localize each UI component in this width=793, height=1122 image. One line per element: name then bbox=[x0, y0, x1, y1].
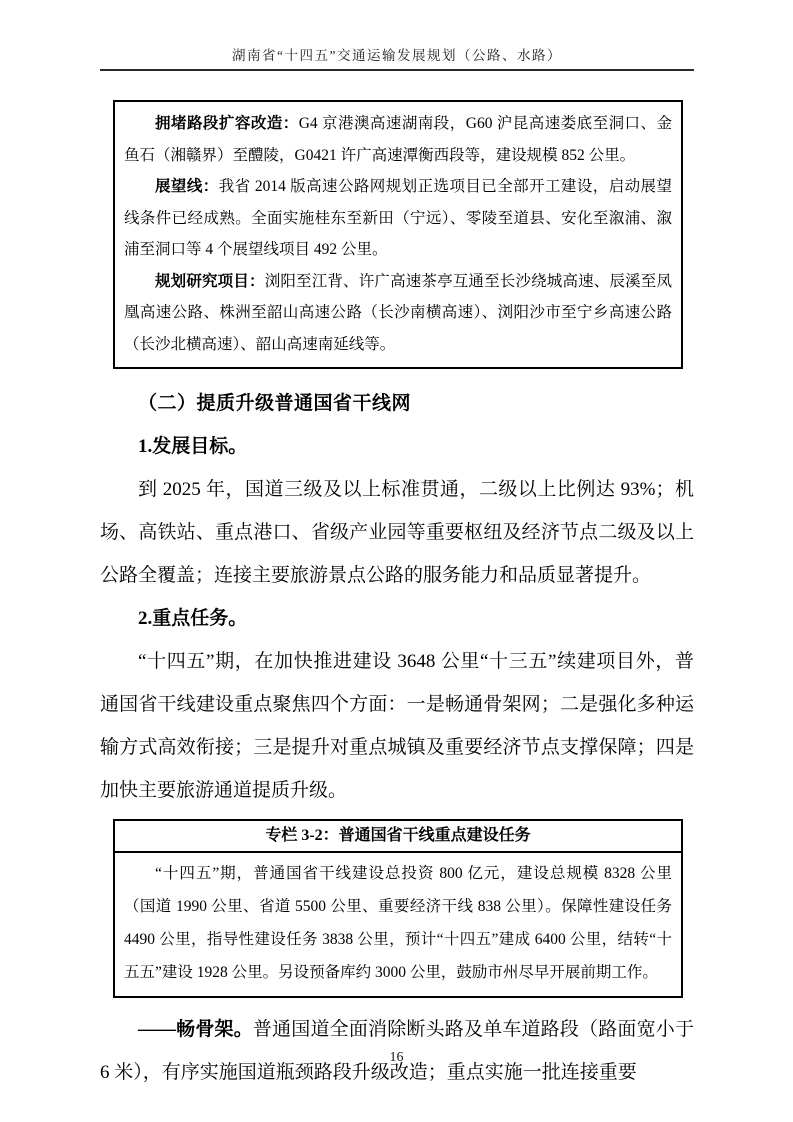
page-number: 16 bbox=[0, 1050, 793, 1066]
box1-paragraph-research-projects-lead: 规划研究项目： bbox=[155, 273, 265, 290]
document-title: 湖南省“十四五”交通运输发展规划（公路、水路） bbox=[232, 48, 562, 63]
subheading-key-tasks: 2.重点任务。 bbox=[100, 597, 694, 640]
paragraph-development-goals: 到 2025 年，国道三级及以上标准贯通，二级以上比例达 93%；机场、高铁站、… bbox=[100, 468, 694, 597]
paragraph-key-tasks: “十四五”期，在加快推进建设 3648 公里“十三五”续建项目外，普通国省干线建… bbox=[100, 640, 694, 812]
callout-box-expansion-projects: 拥堵路段扩容改造：G4 京港澳高速湖南段，G60 沪昆高速娄底至洞口、金鱼石（湘… bbox=[113, 100, 683, 369]
callout-box-body: “十四五”期，普通国省干线建设总投资 800 亿元，建设总规模 8328 公里（… bbox=[124, 857, 672, 989]
box1-paragraph-research-projects: 规划研究项目：浏阳至江背、许广高速茶亭互通至长沙绕城高速、辰溪至凤凰高速公路、株… bbox=[124, 266, 672, 361]
box1-paragraph-outlook-lines-lead: 展望线： bbox=[155, 178, 219, 195]
page-content: 拥堵路段扩容改造：G4 京港澳高速湖南段，G60 沪昆高速娄底至洞口、金鱼石（湘… bbox=[100, 100, 694, 1094]
document-page: 湖南省“十四五”交通运输发展规划（公路、水路） 拥堵路段扩容改造：G4 京港澳高… bbox=[0, 0, 793, 1122]
callout-box-construction-tasks: 专栏 3-2：普通国省干线重点建设任务 “十四五”期，普通国省干线建设总投资 8… bbox=[113, 819, 683, 998]
box1-paragraph-congestion-lead: 拥堵路段扩容改造： bbox=[155, 115, 299, 132]
callout-box-title: 专栏 3-2：普通国省干线重点建设任务 bbox=[115, 821, 681, 853]
callout-box-body-wrap: “十四五”期，普通国省干线建设总投资 800 亿元，建设总规模 8328 公里（… bbox=[115, 853, 681, 996]
paragraph-backbone-network-lead: ——畅骨架。 bbox=[138, 1019, 253, 1040]
box1-paragraph-outlook-lines: 展望线：我省 2014 版高速公路网规划正选项目已全部开工建设，启动展望线条件已… bbox=[124, 171, 672, 266]
subheading-development-goals: 1.发展目标。 bbox=[100, 425, 694, 468]
section-heading: （二）提质升级普通国省干线网 bbox=[100, 382, 694, 425]
page-header: 湖南省“十四五”交通运输发展规划（公路、水路） bbox=[100, 0, 694, 71]
box1-paragraph-congestion: 拥堵路段扩容改造：G4 京港澳高速湖南段，G60 沪昆高速娄底至洞口、金鱼石（湘… bbox=[124, 108, 672, 171]
